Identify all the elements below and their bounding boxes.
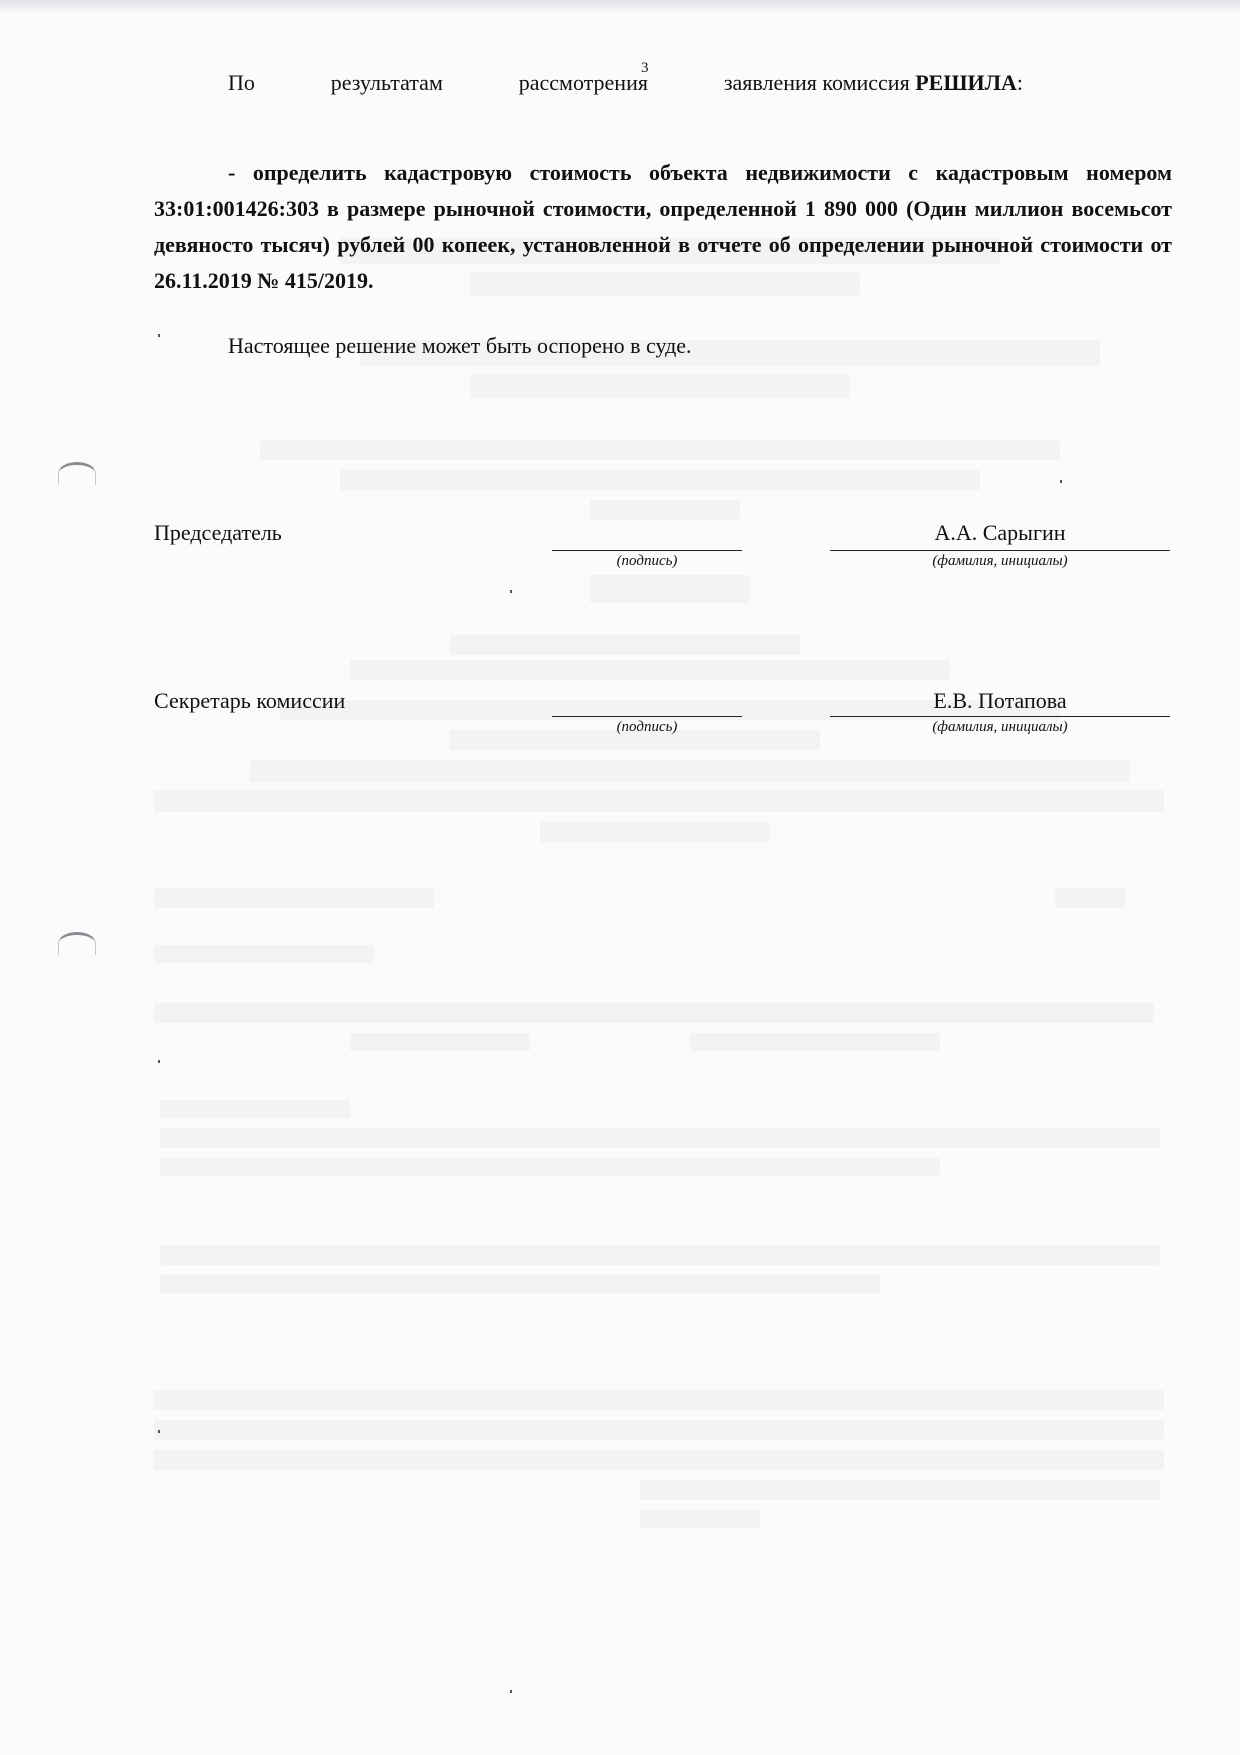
signature-caption: (подпись) — [552, 553, 742, 570]
scan-speck — [158, 334, 160, 337]
punch-hole-icon — [58, 462, 96, 485]
scan-speck — [1060, 480, 1062, 483]
scan-speck — [510, 590, 512, 593]
scan-top-shadow — [0, 0, 1240, 14]
signature-line — [552, 550, 742, 551]
decision-intro: По результатам рассмотрения заявления ко… — [228, 70, 1023, 96]
scan-speck — [158, 1060, 160, 1063]
name-caption: (фамилия, инициалы) — [830, 553, 1170, 570]
signer-role: Секретарь комиссии — [154, 688, 345, 714]
signature-line — [552, 716, 742, 717]
signer-name: А.А. Сарыгин — [830, 520, 1170, 546]
intro-tail: заявления комиссия РЕШИЛА: — [724, 70, 1023, 96]
scan-speck — [158, 1430, 160, 1433]
signer-role: Председатель — [154, 520, 282, 546]
signer-name: Е.В. Потапова — [830, 688, 1170, 714]
punch-hole-icon — [58, 932, 96, 955]
name-caption: (фамилия, инициалы) — [830, 719, 1170, 736]
decision-text: - определить кадастровую стоимость объек… — [154, 155, 1172, 299]
appeal-notice: Настоящее решение может быть оспорено в … — [228, 333, 692, 359]
decided-keyword: РЕШИЛА — [915, 70, 1017, 95]
intro-word: По — [228, 70, 255, 96]
scan-speck — [510, 1690, 512, 1693]
name-line — [830, 716, 1170, 717]
name-line — [830, 550, 1170, 551]
intro-word: рассмотрения — [519, 70, 648, 96]
signature-caption: (подпись) — [552, 719, 742, 736]
intro-word: результатам — [331, 70, 443, 96]
